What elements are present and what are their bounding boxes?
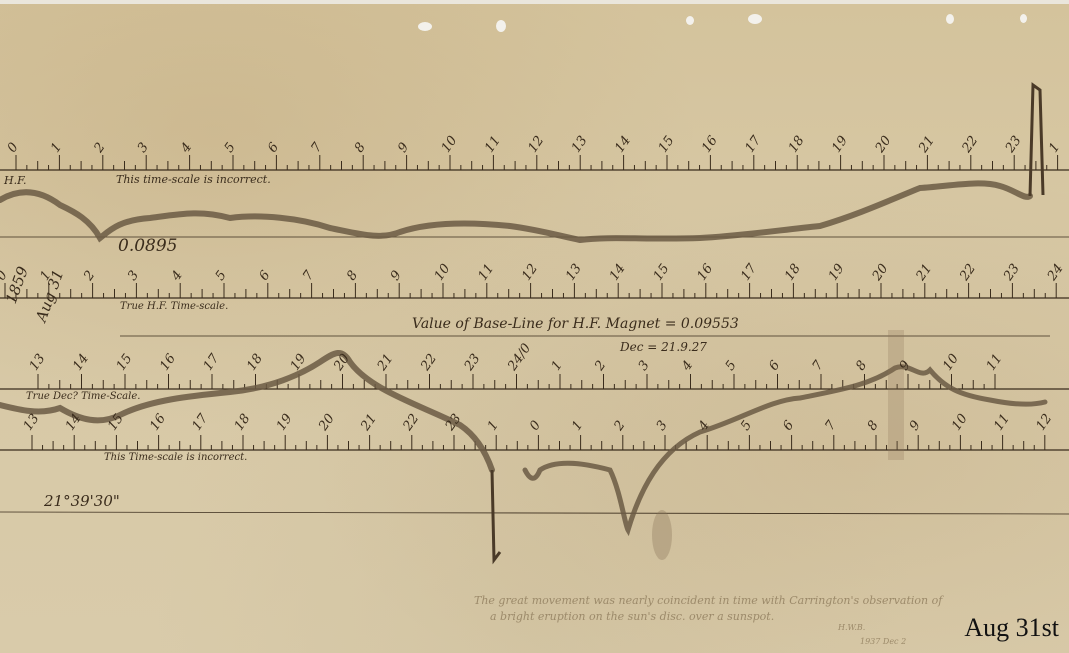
scale-tick-label: 9 [907,418,924,433]
scale-tick-label: 6 [265,140,282,155]
scale-tick-label: 9 [388,268,405,283]
scale-tick-label: 20 [316,411,338,434]
scale-tick-label: 14 [612,133,634,155]
scale-tick-label: 5 [723,358,740,373]
scale-tick-label: 3 [636,358,653,373]
scale-tick-label: 17 [189,411,211,434]
scale-tick-label: 12 [525,133,547,155]
pencil-date: 1937 Dec 2 [860,637,906,646]
scale-tick-label: 5 [213,268,230,283]
scale-tick-label: 8 [853,358,870,373]
scale-tick-label: 13 [27,351,49,373]
scale-tick-label: 5 [738,418,755,433]
scale-tick-label: 3 [654,418,671,433]
scale-tick-label: 18 [244,351,266,373]
scale-tick-label: 4 [679,358,697,374]
scale-tick-label: 22 [418,351,440,374]
scale-tick-label: 5 [222,140,239,155]
scale-tick-label: 23 [1001,261,1023,284]
scale-tick-label: 10 [439,133,461,155]
scale-tick-label: 4 [168,268,186,284]
scale3-note: True Dec? Time-Scale. [26,391,140,402]
date-stamp: Aug 31st [964,613,1059,643]
scale-tick-label: 22 [959,133,981,156]
scale-tick-label: 1 [1046,140,1063,155]
scale-tick-label: 23 [461,351,483,374]
scale-tick-label: 3 [135,140,152,155]
scale-tick-label: 12 [519,261,541,283]
pencil-initials: H.W.B. [838,623,865,632]
scale-tick-label: 15 [656,133,678,155]
scale-tick-label: 22 [400,411,422,434]
scale-tick-label: 23 [1002,133,1024,156]
scale-tick-label: 20 [872,133,894,156]
scale-tick-label: 16 [699,133,721,155]
scale-tick-label: 22 [957,261,979,284]
scale-tick-label: 6 [766,358,783,373]
scale-tick-label: 15 [114,351,136,373]
pencil-note-line2: a bright eruption on the sun's disc. ove… [490,610,774,623]
scale1-note: This time-scale is incorrect. [116,173,271,186]
scale-tick-label: 18 [782,261,804,283]
scale-tick-label: 7 [822,418,839,434]
scale-tick-label: 7 [810,358,827,374]
scale-tick-label: 2 [611,418,629,434]
scale-tick-label: 1 [48,140,65,155]
scale-tick-label: 2 [592,358,610,374]
scale-tick-label: 16 [157,351,179,373]
scale-tick-label: 10 [432,261,454,283]
scale-tick-label: 2 [81,268,99,284]
scale-tick-label: 4 [178,140,196,156]
scale-tick-label: 13 [569,133,591,155]
scale-tick-label: 19 [829,133,851,155]
scale-tick-label: 7 [308,140,325,156]
scale-tick-label: 0 [527,418,544,433]
scale-tick-label: 11 [991,411,1013,433]
scale-tick-label: 7 [300,268,317,284]
scale-tick-label: 6 [256,268,273,283]
scale-tick-label: 15 [651,261,673,283]
scale-tick-label: 16 [694,261,716,283]
dec-line: Dec = 21.9.27 [620,340,707,354]
scale-tick-label: 18 [786,133,808,155]
scale-tick-label: 19 [826,261,848,283]
scale-tick-label: 0 [5,140,22,155]
scale-tick-label: 2 [91,140,109,156]
scale-tick-label: 21 [913,261,935,284]
scale-tick-label: 14 [70,351,92,373]
scale-tick-label: 10 [940,351,962,373]
pencil-note-line1: The great movement was nearly coincident… [474,594,942,607]
scale-tick-label: 12 [1033,411,1055,433]
scale-tick-label: 18 [232,411,254,433]
scale-tick-label: 21 [374,351,396,374]
scale2-note: True H.F. Time-scale. [120,301,228,312]
scale-tick-label: 16 [147,411,169,433]
scale-tick-label: 1 [569,418,586,433]
scale-tick-label: 24 [1044,261,1066,284]
dec-baseline-value: 21°39'30" [44,492,120,510]
hf-label: H.F. [4,174,27,187]
scale-tick-label: 21 [916,133,938,156]
scale4-note: This Time-scale is incorrect. [104,452,247,463]
hf-baseline-value: 0.0895 [118,236,177,256]
scale-tick-label: 20 [869,261,891,284]
scale-tick-label: 8 [352,140,369,155]
scale-tick-label: 17 [742,133,764,156]
scale-tick-label: 17 [738,261,760,284]
scale-tick-label: 11 [482,133,504,155]
scale-tick-label: 21 [358,411,380,434]
scale-tick-label: 8 [865,418,882,433]
scale-tick-label: 1 [549,358,566,373]
scale-tick-label: 14 [607,261,629,283]
scale-tick-label: 3 [125,268,142,283]
scale-tick-label: 10 [949,411,971,433]
scale-tick-label: 11 [984,351,1006,373]
scale-tick-label: 24/0 [505,341,535,374]
scale-tick-label: 11 [475,261,497,283]
scale-tick-label: 19 [274,411,296,433]
scale-tick-label: 13 [21,411,43,433]
scale-tick-label: 13 [563,261,585,283]
scale-tick-label: 8 [344,268,361,283]
scale-tick-label: 1 [485,418,502,433]
scale-tick-label: 17 [201,351,223,374]
scale-tick-label: 9 [395,140,412,155]
scale-tick-label: 6 [780,418,797,433]
base-line-title: Value of Base-Line for H.F. Magnet = 0.0… [412,316,739,332]
